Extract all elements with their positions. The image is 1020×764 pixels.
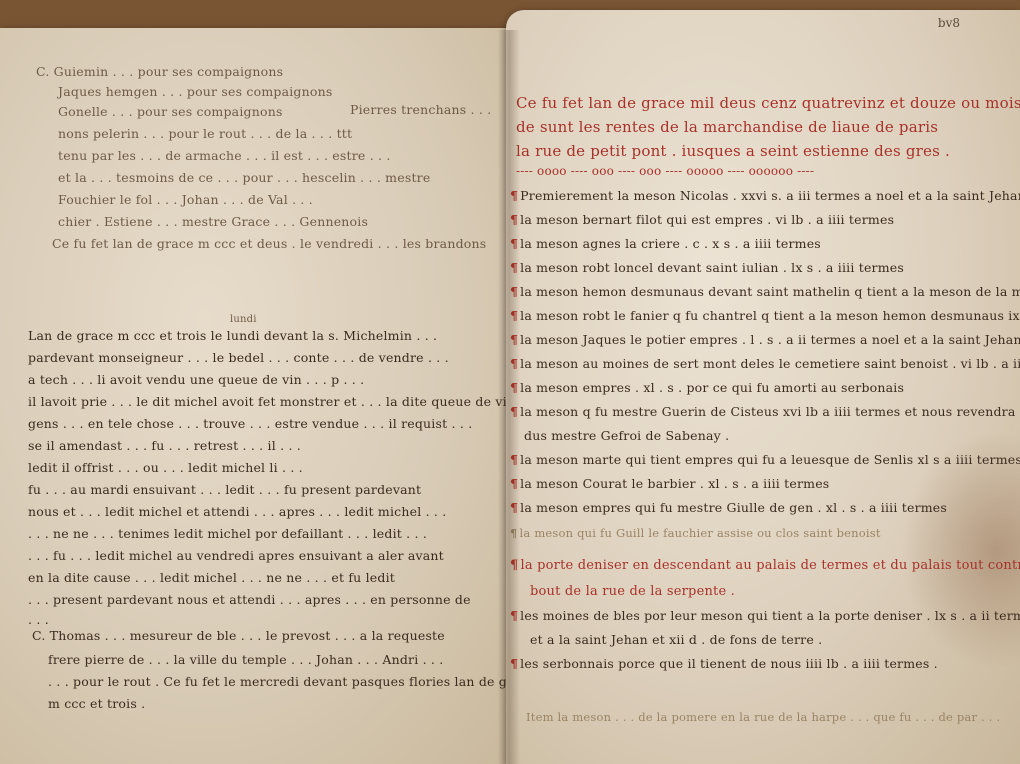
left-mid-line-1: Lan de grace m ccc et trois le lundi dev… [28,328,437,343]
rent-entry-1: ¶Premierement la meson Nicolas . xxvi s.… [510,188,1020,203]
left-mid-line-8: fu . . . au mardi ensuivant . . . ledit … [28,482,421,497]
left-mid-line-5: gens . . . en tele chose . . . trouve . … [28,416,472,431]
left-mid-line-7: ledit il offrist . . . ou . . . ledit mi… [28,460,303,475]
left-top-line-3: Gonelle . . . pour ses compaignons [58,104,283,119]
left-mid-line-9: nous et . . . ledit michel et attendi . … [28,504,446,519]
rent-entry-8: ¶la meson au moines de sert mont deles l… [510,356,1020,371]
left-mid-line-14: . . . [28,612,49,627]
left-top-line-2: Jaques hemgen . . . pour ses compaignons [58,84,332,99]
grey-marginal-note: Item la meson . . . de la pomere en la r… [526,710,1000,724]
rent-entry-11: ¶la meson marte qui tient empres qui fu … [510,452,1020,467]
rent-entry-10-continued: dus mestre Gefroi de Sabenay . [524,428,729,443]
rubric-heading-line-2: de sunt les rentes de la marchandise de … [516,118,938,136]
rubric-line-fillers: ---- oooo ---- ooo ---- ooo ---- ooooo -… [516,164,814,178]
left-top-line-7: et la . . . tesmoins de ce . . . pour . … [58,170,430,185]
rent-entry-15-continued: et a la saint Jehan et xii d . de fons d… [530,632,822,647]
book-gutter [498,30,520,764]
left-mid-line-10: . . . ne ne . . . tenimes ledit michel p… [28,526,427,541]
left-mid-line-13: . . . present pardevant nous et attendi … [28,592,471,607]
folio-number: bv8 [938,16,960,30]
rubric-heading-line-3: la rue de petit pont . iusques a seint e… [516,142,950,160]
rent-entry-2: ¶la meson bernart filot qui est empres .… [510,212,894,227]
rent-entry-7: ¶la meson Jaques le potier empres . l . … [510,332,1020,347]
left-mid-line-12: en la dite cause . . . ledit michel . . … [28,570,395,585]
left-top-line-1: C. Guiemin . . . pour ses compaignons [36,64,283,79]
right-manuscript-page: bv8 Ce fu fet lan de grace mil deus cenz… [506,10,1020,764]
rent-entry-3: ¶la meson agnes la criere . c . x s . a … [510,236,821,251]
rent-entry-13: ¶la meson empres qui fu mestre Giulle de… [510,500,947,515]
rent-entry-10: ¶la meson q fu mestre Guerin de Cisteus … [510,404,1020,419]
rubric-street-line-1: ¶la porte deniser en descendant au palai… [510,558,1020,573]
interlinear-note: lundi [230,314,257,325]
rent-entry-5: ¶la meson hemon desmunaus devant saint m… [510,284,1020,299]
left-bottom-line-4: m ccc et trois . [48,696,145,711]
rent-entry-16: ¶les serbonnais porce que il tienent de … [510,656,938,671]
left-bottom-line-2: frere pierre de . . . la ville du temple… [48,652,443,667]
rent-entry-15: ¶les moines de bles por leur meson qui t… [510,608,1020,623]
left-mid-line-2: pardevant monseigneur . . . le bedel . .… [28,350,449,365]
left-top-line-10: Ce fu fet lan de grace m ccc et deus . l… [52,236,486,251]
left-top-line-5: nons pelerin . . . pour le rout . . . de… [58,126,352,141]
rent-entry-6: ¶la meson robt le fanier q fu chantrel q… [510,308,1020,323]
left-bottom-line-3: . . . pour le rout . Ce fu fet le mercre… [48,674,536,689]
left-top-line-9: chier . Estiene . . . mestre Grace . . .… [58,214,368,229]
left-mid-line-6: se il amendast . . . fu . . . retrest . … [28,438,301,453]
left-top-line-8: Fouchier le fol . . . Johan . . . de Val… [58,192,313,207]
rent-entry-4: ¶la meson robt loncel devant saint iulia… [510,260,904,275]
left-bottom-line-1: C. Thomas . . . mesureur de ble . . . le… [32,628,445,643]
rubric-street-line-2: bout de la rue de la serpente . [530,584,735,599]
left-manuscript-page: C. Guiemin . . . pour ses compaignons Ja… [0,28,512,764]
left-top-line-6: tenu par les . . . de armache . . . il e… [58,148,391,163]
left-mid-line-11: . . . fu . . . ledit michel au vendredi … [28,548,444,563]
rubric-heading-line-1: Ce fu fet lan de grace mil deus cenz qua… [516,94,1020,112]
left-mid-line-4: il lavoit prie . . . le dit michel avoit… [28,394,540,409]
rent-entry-9: ¶la meson empres . xl . s . por ce qui f… [510,380,904,395]
rent-entry-12: ¶la meson Courat le barbier . xl . s . a… [510,476,829,491]
rent-entry-14-faded: ¶la meson qui fu Guill le fauchier assis… [510,526,881,540]
left-mid-line-3: a tech . . . li avoit vendu une queue de… [28,372,364,387]
left-top-line-4: Pierres trenchans . . . [350,102,491,117]
